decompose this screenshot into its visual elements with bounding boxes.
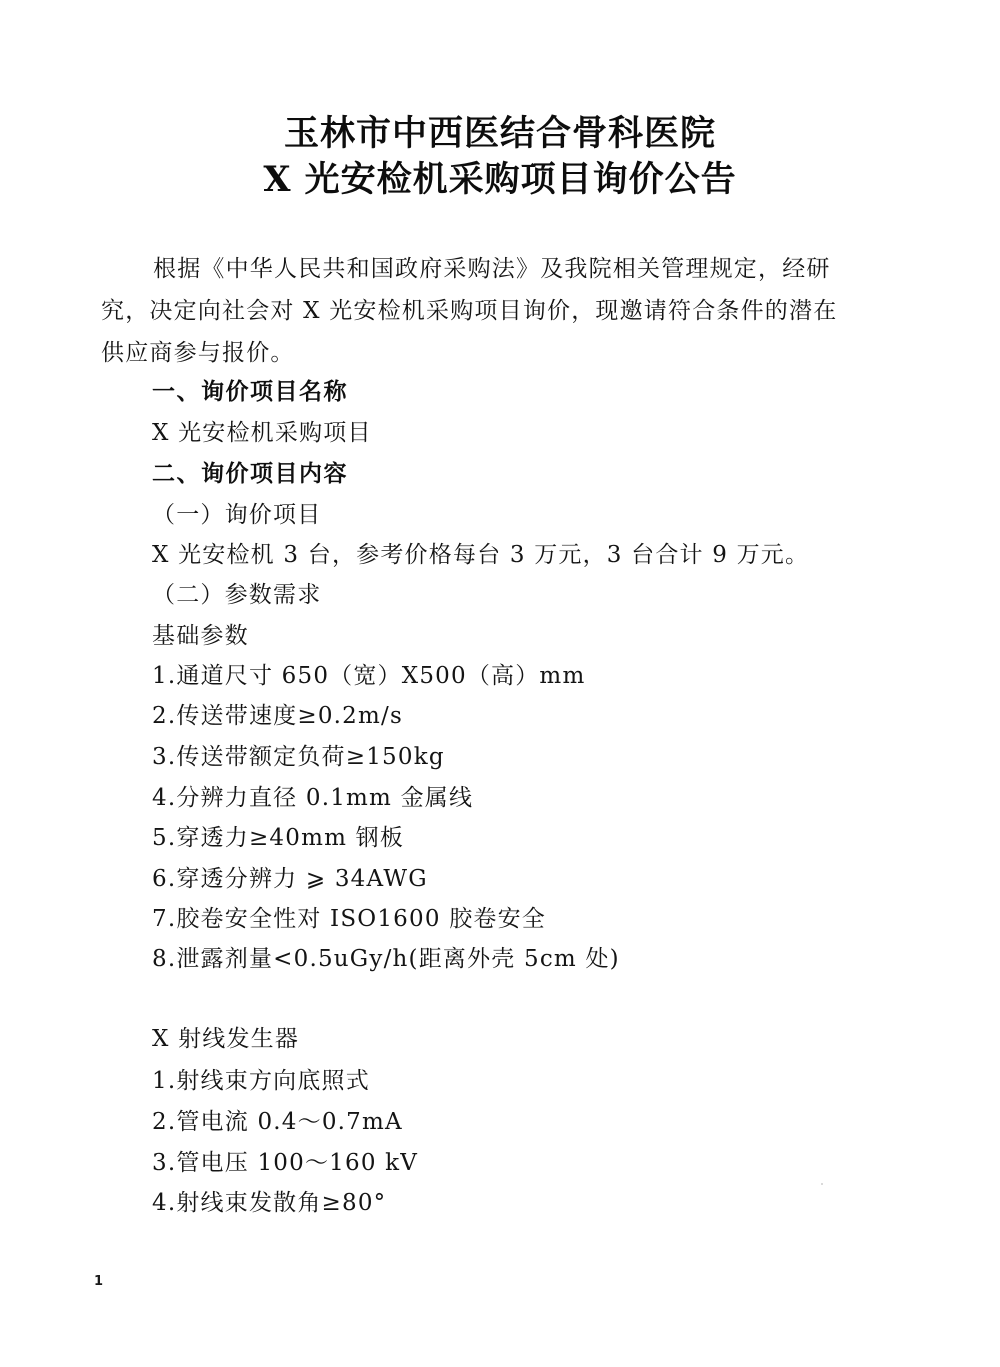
document-title-line1: 玉林市中西医结合骨科医院 <box>0 113 1000 155</box>
xray-param-item: 2.管电流 0.4～0.7mA <box>152 1107 403 1137</box>
basic-param-item: 3.传送带额定负荷≥150kg <box>152 742 445 772</box>
document-page: 玉林市中西医结合骨科医院 X 光安检机采购项目询价公告 根据《中华人民共和国政府… <box>0 0 1000 1367</box>
basic-param-item: 7.胶卷安全性对 ISO1600 胶卷安全 <box>152 904 546 934</box>
xray-param-item: 3.管电压 100～160 kV <box>152 1148 418 1178</box>
subsection1-content: X 光安检机 3 台，参考价格每台 3 万元，3 台合计 9 万元。 <box>152 540 809 570</box>
basic-param-item: 4.分辨力直径 0.1mm 金属线 <box>152 783 473 813</box>
section1-content: X 光安检机采购项目 <box>152 418 372 448</box>
intro-paragraph: 根据《中华人民共和国政府采购法》及我院相关管理规定，经研 究，决定向社会对 X … <box>101 248 927 374</box>
section1-heading: 一、询价项目名称 <box>152 377 348 407</box>
basic-param-item: 5.穿透力≥40mm 钢板 <box>152 823 404 853</box>
basic-params-heading: 基础参数 <box>152 621 249 651</box>
section2-heading: 二、询价项目内容 <box>152 459 348 489</box>
xray-param-item: 1.射线束方向底照式 <box>152 1066 370 1096</box>
basic-param-item: 8.泄露剂量<0.5uGy/h(距离外壳 5cm 处) <box>152 944 620 974</box>
intro-line: 供应商参与报价。 <box>101 332 927 374</box>
subsection2-heading: （二）参数需求 <box>152 580 321 610</box>
subsection1-heading: （一）询价项目 <box>152 500 321 530</box>
basic-param-item: 6.穿透分辨力 ⩾ 34AWG <box>152 864 428 894</box>
page-number: 1 <box>94 1274 103 1289</box>
xray-generator-heading: X 射线发生器 <box>152 1024 299 1054</box>
basic-param-item: 2.传送带速度≥0.2m/s <box>152 701 403 731</box>
basic-param-item: 1.通道尺寸 650（宽）X500（高）mm <box>152 661 585 691</box>
intro-line: 究，决定向社会对 X 光安检机采购项目询价，现邀请符合条件的潜在 <box>101 290 927 332</box>
document-title-line2: X 光安检机采购项目询价公告 <box>0 159 1000 201</box>
intro-line: 根据《中华人民共和国政府采购法》及我院相关管理规定，经研 <box>101 248 927 290</box>
xray-param-item: 4.射线束发散角≥80° <box>152 1188 386 1218</box>
scan-speck <box>821 1183 823 1185</box>
